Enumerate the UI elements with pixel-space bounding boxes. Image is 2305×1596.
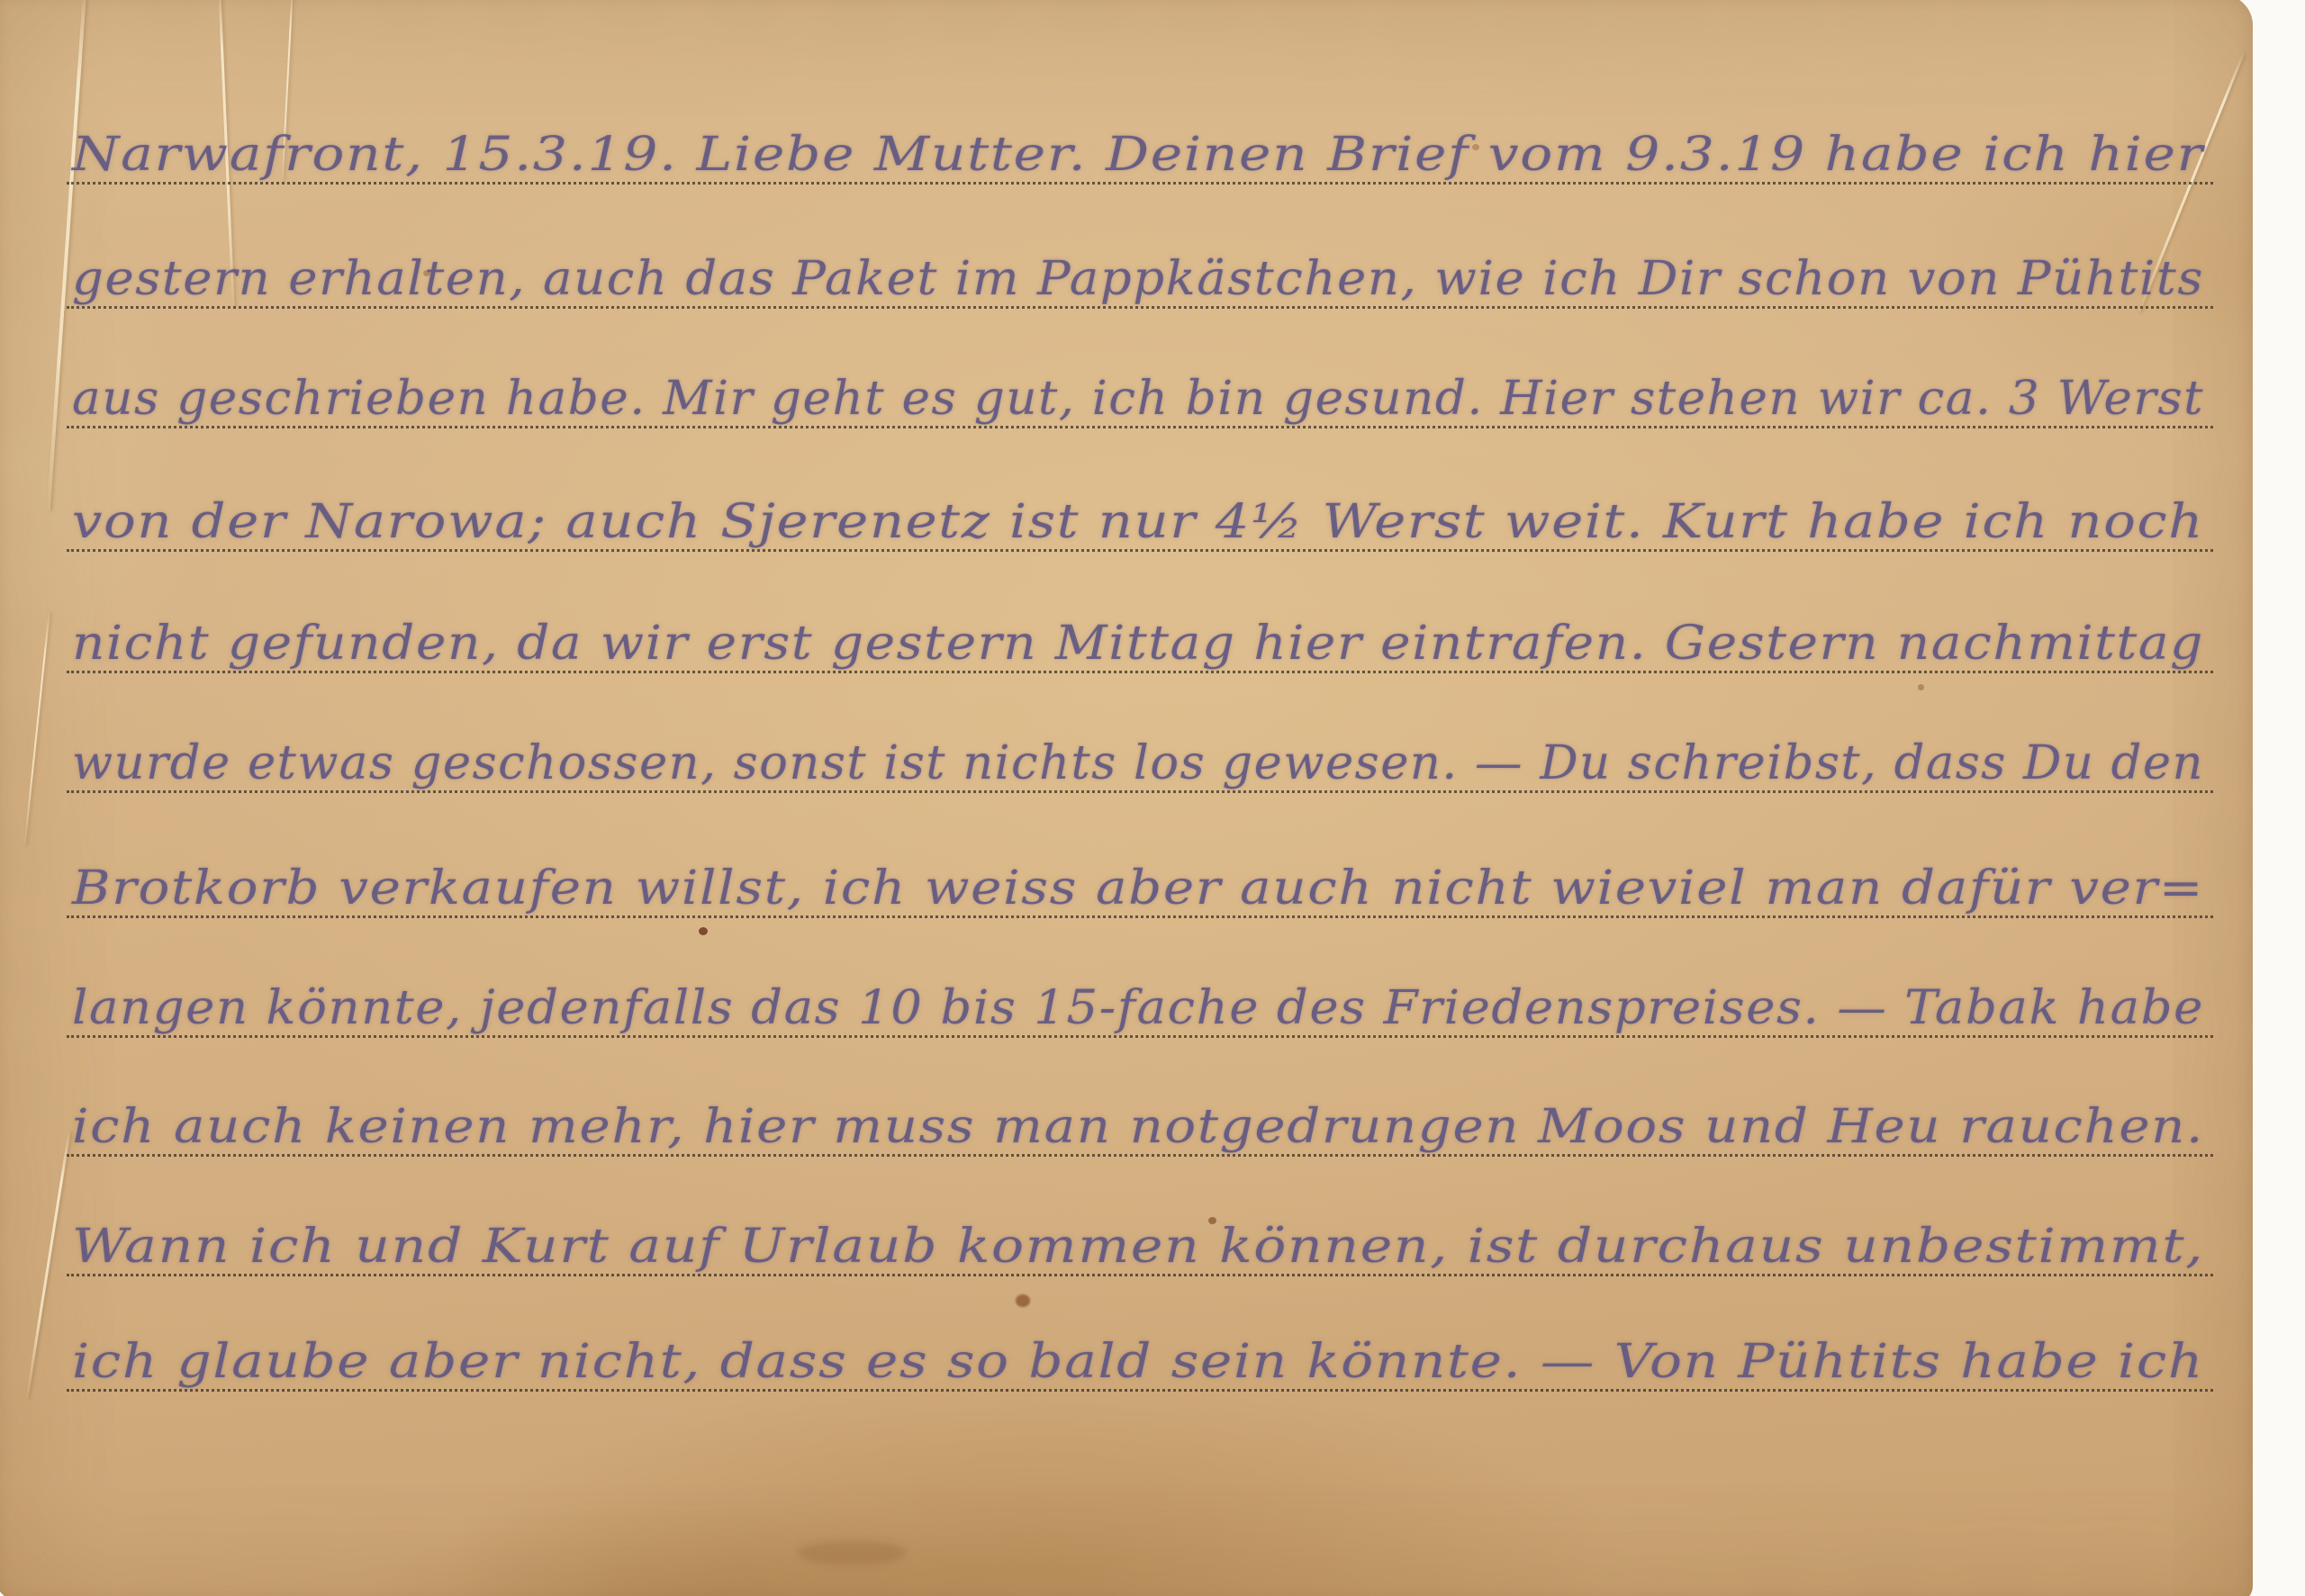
ruled-line (67, 790, 2213, 793)
ruled-line (67, 1035, 2213, 1038)
postcard-paper (0, 0, 2253, 1596)
ruled-line (67, 426, 2213, 428)
ruled-line (67, 182, 2213, 185)
ruled-line (67, 1154, 2213, 1157)
ruled-line (67, 1389, 2213, 1392)
scanned-postcard: Narwafront, 15.3.19. Liebe Mutter. Deine… (0, 0, 2305, 1596)
ruled-line (67, 1274, 2213, 1276)
ruled-line (67, 915, 2213, 918)
ruled-line (67, 306, 2213, 309)
ruled-line (67, 549, 2213, 552)
ruled-line (67, 671, 2213, 673)
